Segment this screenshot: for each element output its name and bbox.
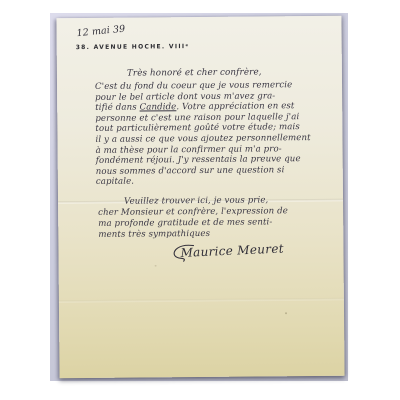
letter-closing-first-line: Veuillez trouver ici, je vous prie, [124, 195, 268, 206]
printed-letterhead-address: 38. AVENUE HOCHE. VIIIᵉ [76, 43, 190, 51]
handwritten-signature: Maurice Meuret [180, 241, 284, 259]
letter-line-fragment: tifié dans [95, 103, 139, 113]
underlined-publication-name: Candide [140, 102, 177, 112]
letter-line-fragment: . Votre appréciation en est [176, 101, 294, 112]
handwritten-date: 12 mai 39 [76, 24, 126, 40]
letter-line: il y a aussi ce que vous ajoutez personn… [95, 133, 315, 146]
letter-photo-background: 12 mai 39 38. AVENUE HOCHE. VIIIᵉ Très h… [50, 13, 348, 381]
paper-speck [155, 265, 157, 266]
paper-speck [285, 312, 287, 314]
letter-paper-sheet: 12 mai 39 38. AVENUE HOCHE. VIIIᵉ Très h… [56, 16, 344, 378]
letter-paragraph-2: cher Monsieur et confrère, l'expression … [98, 206, 318, 240]
letter-salutation: Très honoré et cher confrère, [127, 67, 262, 78]
letter-line: C'est du fond du coeur que je vous remer… [95, 80, 315, 93]
paper-fold-crease-faint [59, 298, 344, 303]
letter-line: ments très sympathiques [98, 228, 318, 241]
letter-line: capitale. [96, 175, 316, 188]
letter-paragraph-1: C'est du fond du coeur que je vous remer… [95, 80, 316, 188]
letter-line: cher Monsieur et confrère, l'expression … [98, 206, 318, 219]
